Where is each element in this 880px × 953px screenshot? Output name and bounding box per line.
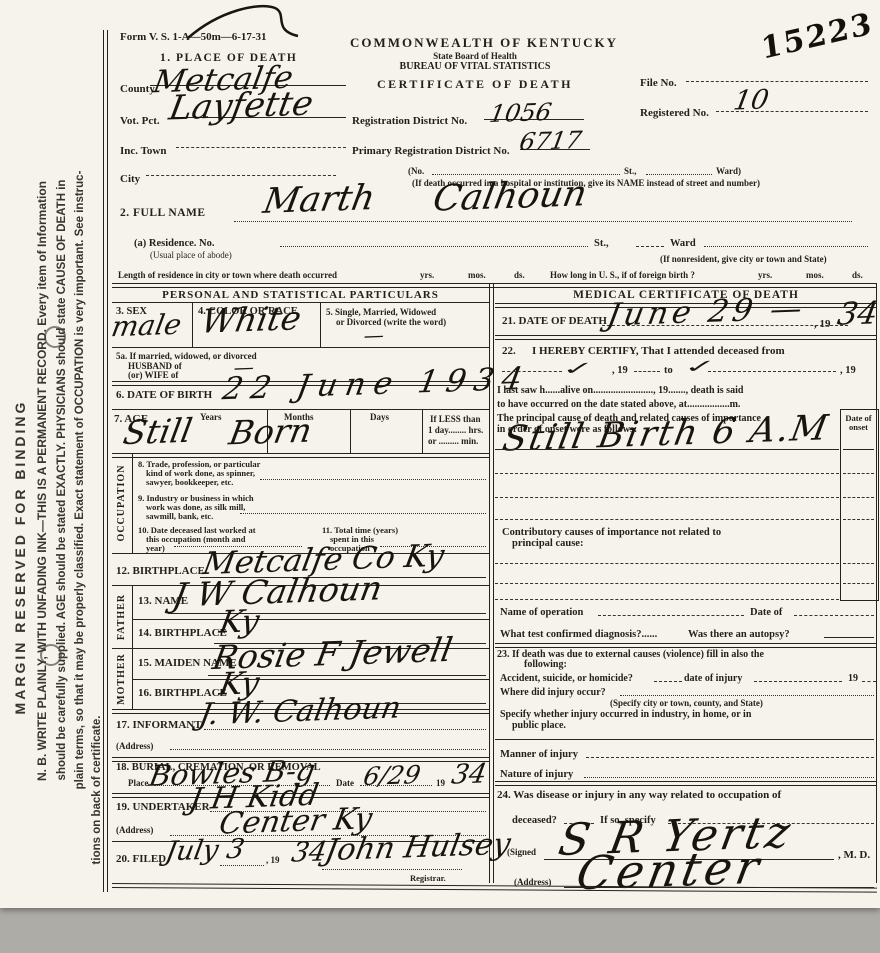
date-of-injury-label: date of injury xyxy=(684,673,742,684)
primary-district-value: 6717 xyxy=(518,128,584,154)
certificate-body: Form V. S. 1-A—50m—6-17-31 1. PLACE OF D… xyxy=(112,25,878,895)
ward-label: Ward) xyxy=(716,166,741,176)
full-name-first: Marth xyxy=(261,181,378,220)
residence-ward-label: Ward xyxy=(670,238,696,249)
burial-year-value: 34 xyxy=(449,760,488,788)
onset-line xyxy=(843,449,874,450)
header-titles: COMMONWEALTH OF KENTUCKY State Board of … xyxy=(350,35,600,92)
file-no-label: File No. xyxy=(640,77,677,89)
operation-line xyxy=(598,615,744,616)
contributory-text-2: principal cause: xyxy=(512,538,583,549)
dod-year-value: 34 xyxy=(835,298,880,330)
nature-of-injury-label: Nature of injury xyxy=(500,769,573,780)
abode-note: (Usual place of abode) xyxy=(150,250,232,260)
contributory-text-1: Contributory causes of importance not re… xyxy=(502,527,721,538)
binder-hole-icon xyxy=(40,644,62,666)
filed-registrar-signature: John Hulsey xyxy=(323,830,513,866)
bureau-subtitle: BUREAU OF VITAL STATISTICS xyxy=(350,61,600,72)
informant-address-label: (Address) xyxy=(116,741,153,751)
father-side-label: FATHER xyxy=(116,585,128,649)
father-birthplace-value: Ky xyxy=(217,606,261,638)
item-22-number: 22. xyxy=(502,345,516,357)
certify-19b: , 19 xyxy=(840,365,856,376)
marital-mark: — xyxy=(362,325,386,346)
precinct-value: Layfette xyxy=(166,87,315,126)
operation-label: Name of operation xyxy=(500,607,583,618)
nonresident-note: (If nonresident, give city or town and S… xyxy=(660,254,827,264)
where-injury-line xyxy=(620,695,874,696)
specify-whether-text-1: Specify whether injury occurred in indus… xyxy=(500,709,751,720)
deceased-label: deceased? xyxy=(512,815,557,826)
registered-no-value: 10 xyxy=(731,86,770,114)
length-residence-label: Length of residence in city or town wher… xyxy=(118,270,337,280)
father-birthplace-label: 14. BIRTHPLACE xyxy=(138,627,227,639)
father-name-line xyxy=(168,613,486,614)
occ-8-leader xyxy=(260,479,486,480)
certificate-paper: MARGIN RESERVED FOR BINDING N. B. WRITE … xyxy=(0,0,880,908)
injury-19-line xyxy=(862,681,876,682)
cause-line xyxy=(495,473,839,474)
mos2-label: mos. xyxy=(806,270,824,280)
certify-to-mark: ✓ xyxy=(676,356,717,377)
ds2-label: ds. xyxy=(852,270,863,280)
occ-8-line3: sawyer, bookkeeper, etc. xyxy=(146,477,233,487)
informant-value: J. W. Calhoun xyxy=(197,694,404,731)
form-left-border xyxy=(103,30,108,892)
certify-19a: , 19 xyxy=(612,365,628,376)
yrs1-label: yrs. xyxy=(420,270,434,280)
last-saw-text: I last saw h......alive on..............… xyxy=(497,385,743,396)
occ-9-line3: sawmill, bank, etc. xyxy=(146,511,213,521)
registration-district-label: Registration District No. xyxy=(352,115,467,127)
cause-line xyxy=(495,519,839,520)
rule xyxy=(495,781,877,786)
manner-of-injury-label: Manner of injury xyxy=(500,749,578,760)
stamp-number: 15223 xyxy=(759,6,875,67)
contributory-line xyxy=(495,563,839,564)
margin-binding-note: MARGIN RESERVED FOR BINDING xyxy=(12,302,28,812)
date-of-onset-box xyxy=(840,409,879,601)
residence-st-label: St., xyxy=(594,238,609,249)
inc-town-line xyxy=(176,147,346,148)
us-length-label: How long in U. S., if of foreign birth ? xyxy=(550,270,695,280)
scanned-death-certificate: { "form": { "form_no": "Form V. S. 1-A—5… xyxy=(0,0,880,953)
registration-district-value: 1056 xyxy=(488,100,554,126)
dob-label: 6. DATE OF BIRTH xyxy=(116,389,212,401)
cause-line xyxy=(495,449,839,450)
age-years-header: Years xyxy=(200,412,222,422)
rule xyxy=(132,619,489,620)
cell-border xyxy=(192,303,193,347)
cause-line xyxy=(495,497,839,498)
filed-label: 20. FILED xyxy=(116,853,166,865)
informant-label: 17. INFORMANT xyxy=(116,719,202,731)
color-race-value: White xyxy=(199,301,304,337)
yrs2-label: yrs. xyxy=(758,270,772,280)
registered-no-label: Registered No. xyxy=(640,107,709,119)
item-23-text-2: following: xyxy=(524,659,567,670)
cell-border xyxy=(132,586,133,648)
injury-19-label: 19 xyxy=(848,673,858,684)
autopsy-label: Was there an autopsy? xyxy=(688,629,790,640)
dod-year-prefix: , 19 xyxy=(814,318,831,330)
certificate-title: CERTIFICATE OF DEATH xyxy=(350,77,600,92)
mother-side-label: MOTHER xyxy=(116,647,128,711)
cell-border xyxy=(132,454,133,553)
item-24-text: 24. Was disease or injury in any way rel… xyxy=(497,789,781,801)
specify-city-note: (Specify city or town, county, and State… xyxy=(610,698,763,708)
burial-place-label: Place xyxy=(128,778,149,788)
binder-hole-icon xyxy=(44,326,66,348)
date-of-death-value: June 29 — xyxy=(605,294,809,332)
certify-to-line xyxy=(708,371,836,372)
occurred-text: to have occurred on the date stated abov… xyxy=(497,399,740,410)
certify-from-line xyxy=(502,371,562,372)
physician-address-line xyxy=(564,887,874,888)
blank-line xyxy=(495,739,874,740)
residence-ward-line xyxy=(636,246,664,247)
physician-address-value: Center xyxy=(573,844,766,896)
certify-to: to xyxy=(664,365,673,376)
city-line xyxy=(146,175,336,176)
full-name-last: Calhoun xyxy=(430,176,589,217)
contributory-line xyxy=(495,583,839,584)
date-of-operation-line xyxy=(794,615,874,616)
age-less-label-3: or ......... min. xyxy=(428,436,478,446)
marital-label-2: or Divorced (write the word) xyxy=(336,317,446,327)
mos1-label: mos. xyxy=(468,270,486,280)
contributory-line xyxy=(495,599,839,600)
rule xyxy=(495,643,877,648)
cell-border xyxy=(320,303,321,347)
autopsy-line xyxy=(824,637,874,638)
st-line xyxy=(646,174,712,175)
st-label: St., xyxy=(624,166,637,176)
cell-border xyxy=(422,410,423,453)
cause-of-death-value: Still Birth 6 A.M xyxy=(500,411,832,457)
registrar-label: Registrar. xyxy=(410,873,446,883)
filed-date-line xyxy=(220,865,264,866)
margin-nb-line2: should be carefully supplied. AGE should… xyxy=(56,80,68,880)
manner-of-injury-line xyxy=(586,757,874,758)
informant-address-line xyxy=(170,749,486,750)
rule xyxy=(132,679,489,680)
city-label: City xyxy=(120,173,140,185)
cell-border xyxy=(350,410,351,453)
age-value-still: Still xyxy=(121,414,195,449)
onset-line xyxy=(843,583,874,584)
residence-line2 xyxy=(704,246,868,247)
age-days-header: Days xyxy=(370,412,389,422)
occ-10-line3: year) xyxy=(146,543,165,553)
burial-date-label: Date xyxy=(336,778,354,788)
date-of-operation-label: Date of xyxy=(750,607,782,618)
no-label: (No. xyxy=(408,166,424,176)
occ-9-leader xyxy=(240,513,486,514)
rule xyxy=(112,409,489,410)
test-label: What test confirmed diagnosis?...... xyxy=(500,629,657,640)
full-name-line xyxy=(234,221,852,222)
where-injury-label: Where did injury occur? xyxy=(500,687,606,698)
onset-label-2: onset xyxy=(840,422,877,432)
residence-label: (a) Residence. No. xyxy=(134,238,214,249)
occupation-side-label: OCCUPATION xyxy=(116,453,128,553)
accident-line xyxy=(654,681,682,682)
sex-value: male xyxy=(109,311,183,341)
physician-address-label: (Address) xyxy=(514,877,551,887)
form-number: Form V. S. 1-A—50m—6-17-31 xyxy=(120,31,267,43)
filed-year-prefix: , 19 xyxy=(266,855,280,865)
rule xyxy=(112,347,489,348)
accident-label: Accident, suicide, or homicide? xyxy=(500,673,633,684)
undertaker-address-label: (Address) xyxy=(116,825,153,835)
file-no-line xyxy=(686,81,868,82)
informant-line xyxy=(204,729,486,730)
certify-text: I HEREBY CERTIFY, That I attended deceas… xyxy=(532,345,785,357)
header-divider-rule xyxy=(112,283,877,288)
date-of-death-label: 21. DATE OF DEATH xyxy=(502,315,607,327)
onset-line xyxy=(843,519,874,520)
date-of-injury-line xyxy=(754,681,842,682)
rule xyxy=(495,335,877,340)
signed-label: (Signed xyxy=(507,847,536,857)
state-board-subtitle: State Board of Health xyxy=(350,51,600,61)
residence-line xyxy=(280,246,588,247)
age-less-label-1: If LESS than xyxy=(430,414,481,424)
specify-whether-text-2: public place. xyxy=(512,720,566,731)
md-label: , M. D. xyxy=(838,849,870,861)
filed-date-value: July 3 xyxy=(163,836,246,866)
certify-19a-line xyxy=(634,371,660,372)
nature-of-injury-line xyxy=(584,777,874,778)
onset-line xyxy=(843,497,874,498)
onset-line xyxy=(843,473,874,474)
certify-from-mark: ✓ xyxy=(554,358,595,379)
married-label-3: (or) WIFE of xyxy=(128,370,178,380)
margin-nb-line1: N. B. WRITE PLAINLY, WITH UNFADING INK—T… xyxy=(35,61,49,901)
burial-year-prefix: 19 xyxy=(436,778,445,788)
father-name-value: J W Calhoun xyxy=(170,571,385,611)
margin-nb-line3: plain terms, so that it may be properly … xyxy=(74,70,86,890)
burial-date-line xyxy=(360,785,432,786)
full-name-label: 2. FULL NAME xyxy=(120,207,206,219)
rule xyxy=(112,453,489,458)
margin-nb-line4: tions on back of certificate. xyxy=(91,680,103,900)
marital-label-1: 5. Single, Married, Widowed xyxy=(326,307,436,317)
filed-registrar-line xyxy=(322,869,462,870)
age-value-born: Born xyxy=(227,414,315,450)
dob-value: 22 June 1934 xyxy=(220,364,532,406)
ds1-label: ds. xyxy=(514,270,525,280)
primary-district-label: Primary Registration District No. xyxy=(352,145,510,157)
precinct-label: Vot. Pct. xyxy=(120,115,160,127)
inc-town-label: Inc. Town xyxy=(120,145,166,157)
onset-line xyxy=(843,563,874,564)
age-less-label-2: 1 day........ hrs. xyxy=(428,425,483,435)
commonwealth-title: COMMONWEALTH OF KENTUCKY xyxy=(350,35,600,51)
